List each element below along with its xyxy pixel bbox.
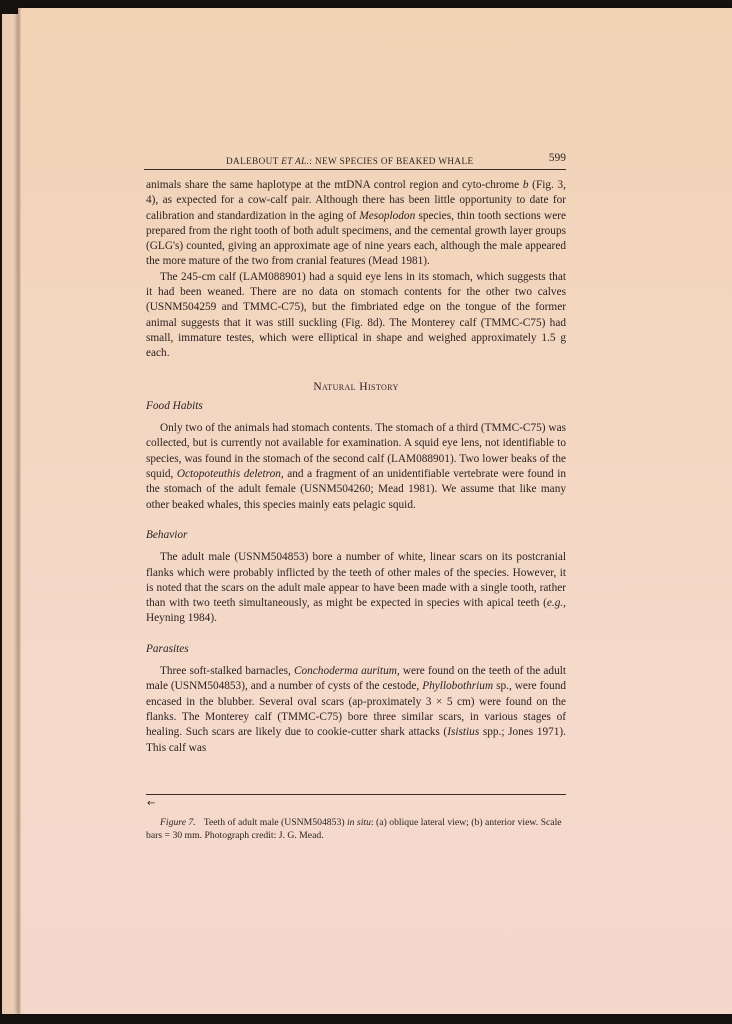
figure-label: Figure 7. bbox=[160, 817, 196, 828]
footnote-divider bbox=[146, 794, 566, 795]
left-arrow-icon: ← bbox=[147, 798, 155, 809]
text-run-italic: Mesoplodon bbox=[359, 210, 415, 222]
paragraph-parasites: Three soft-stalked barnacles, Conchoderm… bbox=[146, 664, 566, 756]
text-run-italic: Conchoderma auritum, bbox=[294, 665, 400, 677]
text-run: Teeth of adult male (USNM504853) bbox=[204, 817, 347, 828]
page-number: 599 bbox=[549, 152, 566, 164]
paragraph-calf: The 245-cm calf (LAM088901) had a squid … bbox=[146, 270, 566, 362]
text-run-italic: e.g., bbox=[547, 597, 566, 609]
paragraph-food-habits: Only two of the animals had stomach cont… bbox=[146, 421, 566, 513]
text-run: Heyning 1984). bbox=[146, 612, 217, 624]
text-run-italic: Phyllobothrium bbox=[422, 680, 493, 692]
paragraph-haplotype: animals share the same haplotype at the … bbox=[146, 178, 566, 270]
paragraph-behavior: The adult male (USNM504853) bore a numbe… bbox=[146, 550, 566, 626]
text-run: animals share the same haplotype at the … bbox=[146, 179, 523, 191]
running-header: DALEBOUT ET AL.: NEW SPECIES OF BEAKED W… bbox=[144, 151, 566, 170]
text-run-italic: Isistius bbox=[447, 726, 479, 738]
running-title-subject: : NEW SPECIES OF BEAKED WHALE bbox=[309, 156, 473, 166]
subheading-parasites: Parasites bbox=[146, 642, 566, 657]
text-run: The adult male (USNM504853) bore a numbe… bbox=[146, 551, 566, 609]
body-text: animals share the same haplotype at the … bbox=[146, 178, 566, 756]
running-title-authors: DALEBOUT bbox=[226, 156, 281, 166]
subheading-food-habits: Food Habits bbox=[146, 399, 566, 414]
text-run: Three soft-stalked barnacles, bbox=[160, 665, 294, 677]
running-title-etal: ET AL. bbox=[281, 156, 309, 166]
text-run-italic: in situ bbox=[347, 817, 371, 828]
figure-caption: Figure 7.Teeth of adult male (USNM504853… bbox=[146, 816, 566, 842]
running-title: DALEBOUT ET AL.: NEW SPECIES OF BEAKED W… bbox=[226, 156, 474, 166]
text-run-italic: Octopoteuthis deletron, bbox=[177, 468, 284, 480]
section-heading-natural-history: Natural History bbox=[146, 380, 566, 395]
subheading-behavior: Behavior bbox=[146, 528, 566, 543]
photographed-document: DALEBOUT ET AL.: NEW SPECIES OF BEAKED W… bbox=[0, 0, 732, 1024]
